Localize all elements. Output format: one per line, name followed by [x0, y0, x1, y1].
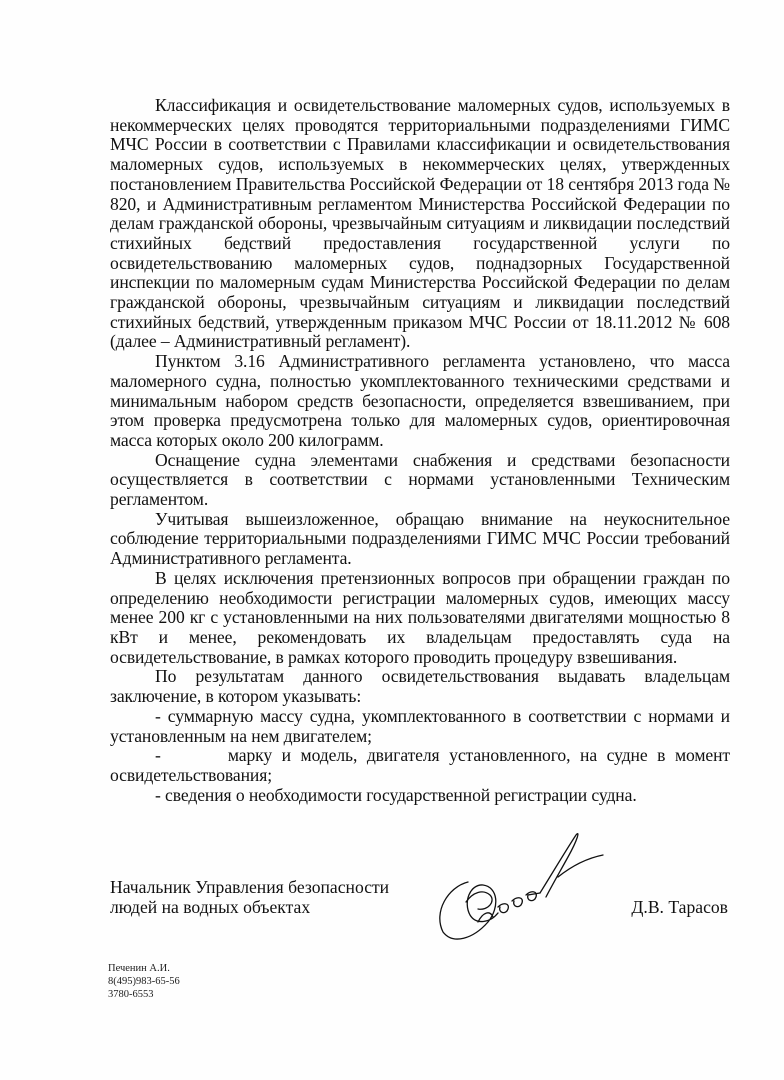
paragraph-classification: Классификация и освидетельствование мало…: [110, 96, 730, 352]
signatory-position-line-1: Начальник Управления безопасности: [110, 877, 389, 897]
handwritten-signature-icon: [428, 827, 628, 947]
executor-code: 3780-6553: [108, 988, 180, 1001]
list-item-total-mass: - суммарную массу судна, укомплектованно…: [110, 707, 730, 746]
signatory-position-line-2: людей на водных объектах: [110, 897, 389, 917]
list-item-registration-info: - сведения о необходимости государственн…: [110, 786, 730, 806]
executor-info: Печенин А.И. 8(495)983-65-56 3780-6553: [108, 962, 180, 1001]
signature-block: Начальник Управления безопасности людей …: [110, 877, 730, 937]
paragraph-regulation-3-16: Пунктом 3.16 Административного регламент…: [110, 352, 730, 451]
signatory-position: Начальник Управления безопасности людей …: [110, 877, 389, 917]
letter-body: Классификация и освидетельствование мало…: [110, 96, 730, 805]
paragraph-equipment: Оснащение судна элементами снабжения и с…: [110, 451, 730, 510]
list-item-engine-model: - марку и модель, двигателя установленно…: [110, 746, 730, 785]
executor-phone: 8(495)983-65-56: [108, 975, 180, 988]
executor-name: Печенин А.И.: [108, 962, 180, 975]
paragraph-recommendation: В целях исключения претензионных вопросо…: [110, 569, 730, 668]
document-page: Классификация и освидетельствование мало…: [0, 0, 784, 1080]
signatory-name: Д.В. Тарасов: [631, 897, 728, 917]
paragraph-compliance: Учитывая вышеизложенное, обращаю внимани…: [110, 510, 730, 569]
paragraph-conclusion-intro: По результатам данного освидетельствован…: [110, 667, 730, 706]
